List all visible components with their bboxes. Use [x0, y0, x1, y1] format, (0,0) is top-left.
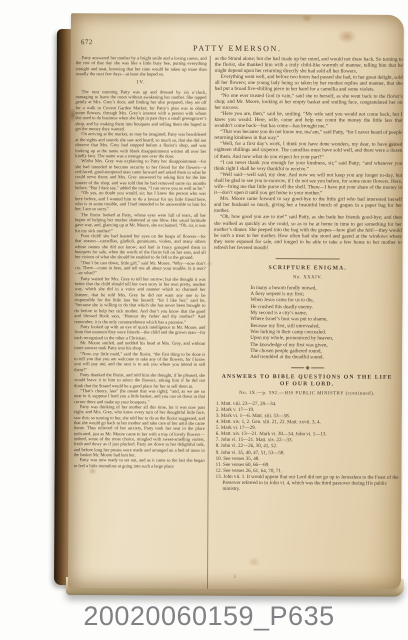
paragraph: as the Strand alone; but she had made up… — [215, 56, 403, 75]
enigma-number: No. XXXIV. — [214, 275, 402, 282]
paragraph: “Here you are, then,” said he, smiling. … — [214, 111, 402, 130]
paragraph: Poor child! she had feasted her eyes on … — [75, 233, 206, 260]
running-title: PATTY EMERSON. — [193, 44, 282, 53]
section-divider — [276, 258, 340, 259]
catalog-label: 20020060159_P635 — [0, 601, 408, 632]
paragraph: On arriving at the market, as may be ima… — [75, 132, 206, 159]
left-column: Patty answered her mother by a bright sm… — [73, 55, 207, 590]
paragraph: “I can never thank you enough for your k… — [214, 159, 402, 172]
paragraph: Mr. Moore smiled, and nodded his head at… — [74, 340, 205, 351]
paragraph: Whilst Mrs. Grey was explaining to Patty… — [75, 158, 206, 191]
paragraph: Patty looked up with an eye of quick int… — [74, 324, 205, 341]
page-header: 672 PATTY EMERSON. — [77, 37, 398, 57]
enigma-poem: In many a bosom fondly nursed,A fiery se… — [250, 285, 364, 361]
chapter-heading: IV. — [76, 80, 207, 86]
right-column-paragraphs: as the Strand alone; but she had made up… — [214, 56, 403, 252]
paragraph: The next morning Patty was up and dresse… — [75, 89, 206, 132]
answer-item: 13. John vii. 1. It would appear that ou… — [212, 474, 400, 493]
paragraph: “No one ever trusted God in vain,” said … — [214, 92, 402, 111]
answers-subtitle: No. IX.—p. 592.—HIS PUBLIC MINISTRY (con… — [213, 391, 401, 398]
paragraph: Patty thanked the florist, and told him … — [74, 372, 205, 389]
paragraph: Mrs. Moore came forward to say good-bye … — [214, 196, 402, 215]
answers-list: 1. Matt. viii. 23—27, 28—34.2. Mark v. 1… — [212, 401, 400, 493]
left-column-paragraphs: The next morning Patty was up and dresse… — [74, 89, 207, 469]
paragraph: “Don’t be cast down, little girl,” said … — [75, 260, 206, 277]
enigma-line: And trembled at the dreadful sound. — [250, 354, 364, 361]
paragraph: Patty was thinking of her mother all thi… — [74, 404, 205, 458]
page-number: 672 — [81, 38, 93, 46]
paragraph: Patty answered her mother by a bright sm… — [76, 55, 207, 77]
ornament-divider — [213, 366, 401, 370]
right-column: as the Strand alone; but she had made up… — [212, 56, 403, 591]
photo-frame: 672 PATTY EMERSON. Patty answered her mo… — [0, 0, 408, 640]
paragraph: “Well said—well said, my dear. And now w… — [214, 172, 402, 197]
paragraph: Patty was now ready to set out, and as i… — [74, 458, 205, 469]
answers-title: ANSWERS TO BIBLE QUESTIONS ON THE LIFE O… — [217, 374, 397, 389]
paragraph: “Now, my little maid,” said the florist,… — [74, 351, 205, 373]
book-page: 672 PATTY EMERSON. Patty answered her mo… — [68, 13, 404, 590]
paragraph: “Oh, how good you are to me!” said Patty… — [214, 214, 402, 252]
enigma-title: SCRIPTURE ENIGMA. — [218, 265, 398, 273]
book-photo: 672 PATTY EMERSON. Patty answered her mo… — [54, 13, 404, 599]
paragraph: Everything went well, and before two hou… — [215, 74, 403, 93]
paragraph: The florist looked at Patty, whose eyes … — [75, 212, 206, 234]
column-divider — [207, 56, 211, 589]
paragraph: “Oh yes, no doubt you would, sir; but I … — [75, 190, 206, 212]
paragraph: “Well, for a first day’s work, I think y… — [214, 141, 402, 160]
paragraph: Patty waited for Mrs. Grey to tell her s… — [74, 276, 205, 325]
paragraph: “That’s cheery, lass” (he meant that was… — [74, 388, 205, 405]
